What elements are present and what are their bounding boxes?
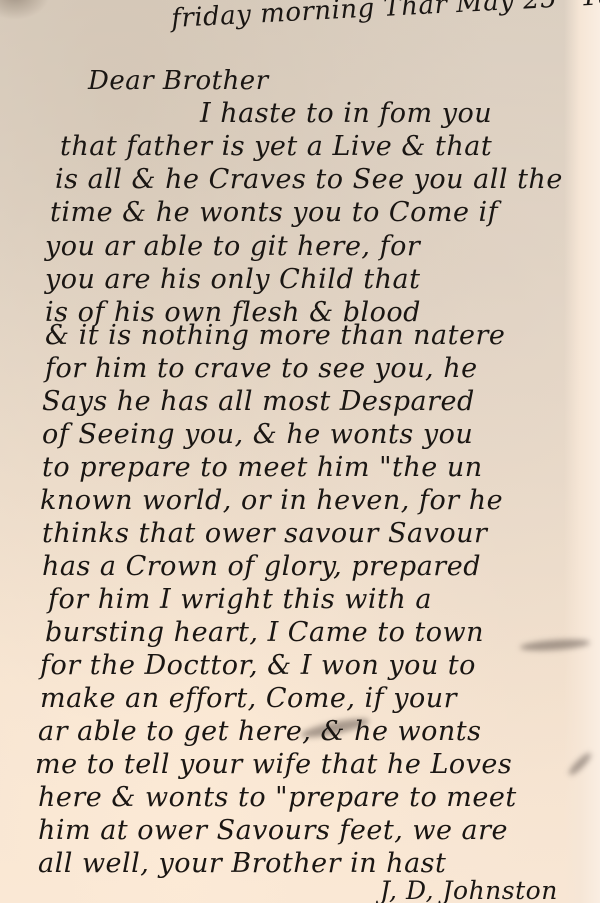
body-line: all well, your Brother in hast [38, 850, 446, 877]
body-line: that father is yet a Live & that [60, 133, 492, 160]
body-line: for him to crave to see you, he [45, 355, 478, 382]
body-line: has a Crown of glory, prepared [42, 553, 481, 580]
body-line: you are his only Child that [45, 266, 421, 293]
signature: J, D, Johnston [380, 878, 558, 903]
body-line: to prepare to meet him "the un [42, 454, 483, 481]
body-line: for him I wright this with a [48, 586, 432, 613]
salutation: Dear Brother [88, 68, 269, 94]
dateline: friday morning Thar May 25th-1849 [171, 0, 600, 32]
body-line: here & wonts to "prepare to meet [38, 784, 517, 811]
body-line: you ar able to git here, for [45, 233, 420, 260]
body-line: time & he wonts you to Come if [50, 199, 498, 226]
body-line: Says he has all most Despared [42, 388, 475, 415]
body-line: of Seeing you, & he wonts you [42, 421, 473, 448]
body-line: bursting heart, I Came to town [45, 619, 484, 646]
body-line: ar able to get here, & he wonts [38, 718, 482, 745]
body-line: for the Docttor, & I won you to [40, 652, 476, 679]
body-line: me to tell your wife that he Loves [35, 751, 512, 778]
letter-text: friday morning Thar May 25th-1849 Dear B… [0, 0, 600, 903]
body-line: make an effort, Come, if your [40, 685, 457, 712]
dateline-text: friday morning Thar May 25 [171, 0, 558, 34]
dateline-year: 1849 [580, 0, 600, 13]
body-line: known world, or in heven, for he [40, 487, 503, 514]
body-line: & it is nothing more than natere [45, 322, 505, 349]
dateline-superscript: th [556, 0, 571, 1]
body-line: I haste to in fom you [200, 100, 492, 127]
body-line: him at ower Savours feet, we are [38, 817, 508, 844]
body-line: is all & he Craves to See you all the [55, 166, 563, 193]
body-line: thinks that ower savour Savour [42, 520, 487, 547]
